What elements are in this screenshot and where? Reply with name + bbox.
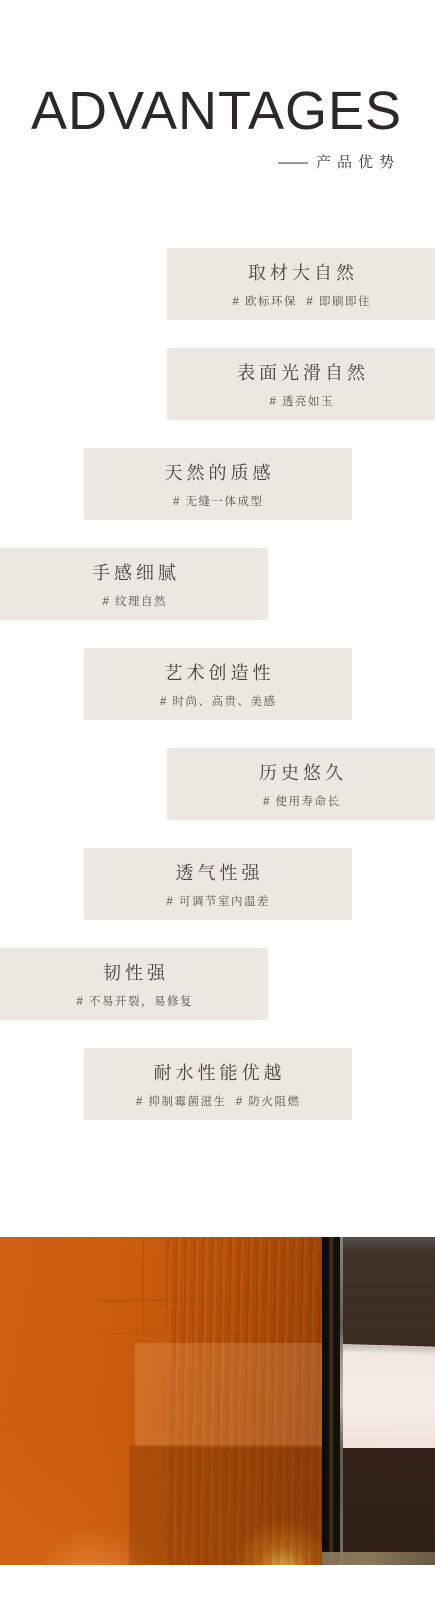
advantage-tags: # 无缝一体成型 [171,493,263,509]
advantage-tags: # 欧标环保 # 即刷即住 [231,293,371,309]
page-header: ADVANTAGES ——产品优势 [0,0,435,172]
advantage-card-list: 取材大自然 # 欧标环保 # 即刷即住 表面光滑自然 # 透亮如玉 天然的质感 … [0,248,435,1120]
subtitle-text: 产品优势 [316,154,400,171]
advantage-tags: # 透亮如玉 [268,393,334,409]
wall-seam-line [97,1333,264,1334]
advantage-title: 耐水性能优越 [150,1059,286,1085]
wall-lower-shade [129,1445,322,1565]
advantage-tags: # 可调节室内温差 [165,893,270,909]
wall-seam-line [143,1237,144,1333]
advantage-card: 历史悠久 # 使用寿命长 [167,748,435,820]
advantage-tags: # 纹理自然 [101,593,167,609]
advantage-title: 手感细腻 [88,559,180,585]
wall-light-band [135,1343,322,1447]
advantage-tags: # 抑制霉菌滋生 # 防火阻燃 [134,1093,300,1109]
advantage-card: 韧性强 # 不易开裂，易修复 [0,948,268,1020]
page-subtitle: ——产品优势 [0,151,400,172]
advantage-card: 耐水性能优越 # 抑制霉菌滋生 # 防火阻燃 [84,1048,352,1120]
product-photo [0,1237,435,1565]
panel-cream-band [343,1344,435,1451]
dark-wood-panel [343,1237,435,1565]
advantage-tags: # 不易开裂，易修复 [75,993,193,1009]
panel-bottom-dark-section [343,1448,435,1565]
advantage-tags: # 时尚、高贵、美感 [158,693,276,709]
advantage-card: 天然的质感 # 无缝一体成型 [84,448,352,520]
floor-strip [322,1552,435,1565]
advantage-title: 天然的质感 [161,459,275,485]
advantage-card: 艺术创造性 # 时尚、高贵、美感 [84,648,352,720]
advantage-title: 韧性强 [99,959,169,985]
wall-seam-line [97,1300,264,1301]
advantage-card: 表面光滑自然 # 透亮如玉 [167,348,435,420]
panel-top-dark-section [343,1237,435,1344]
advantage-title: 表面光滑自然 [233,359,369,385]
advantage-card: 透气性强 # 可调节室内温差 [84,848,352,920]
advantage-tags: # 使用寿命长 [261,793,340,809]
orange-art-paint-wall [0,1237,322,1565]
advantage-title: 取材大自然 [244,259,358,285]
page-title: ADVANTAGES [31,84,405,138]
advantage-title: 艺术创造性 [161,659,275,685]
advantage-card: 取材大自然 # 欧标环保 # 即刷即住 [167,248,435,320]
subtitle-dash: —— [278,154,308,171]
advantage-title: 透气性强 [172,859,264,885]
advantage-card: 手感细腻 # 纹理自然 [0,548,268,620]
advantage-title: 历史悠久 [255,759,347,785]
